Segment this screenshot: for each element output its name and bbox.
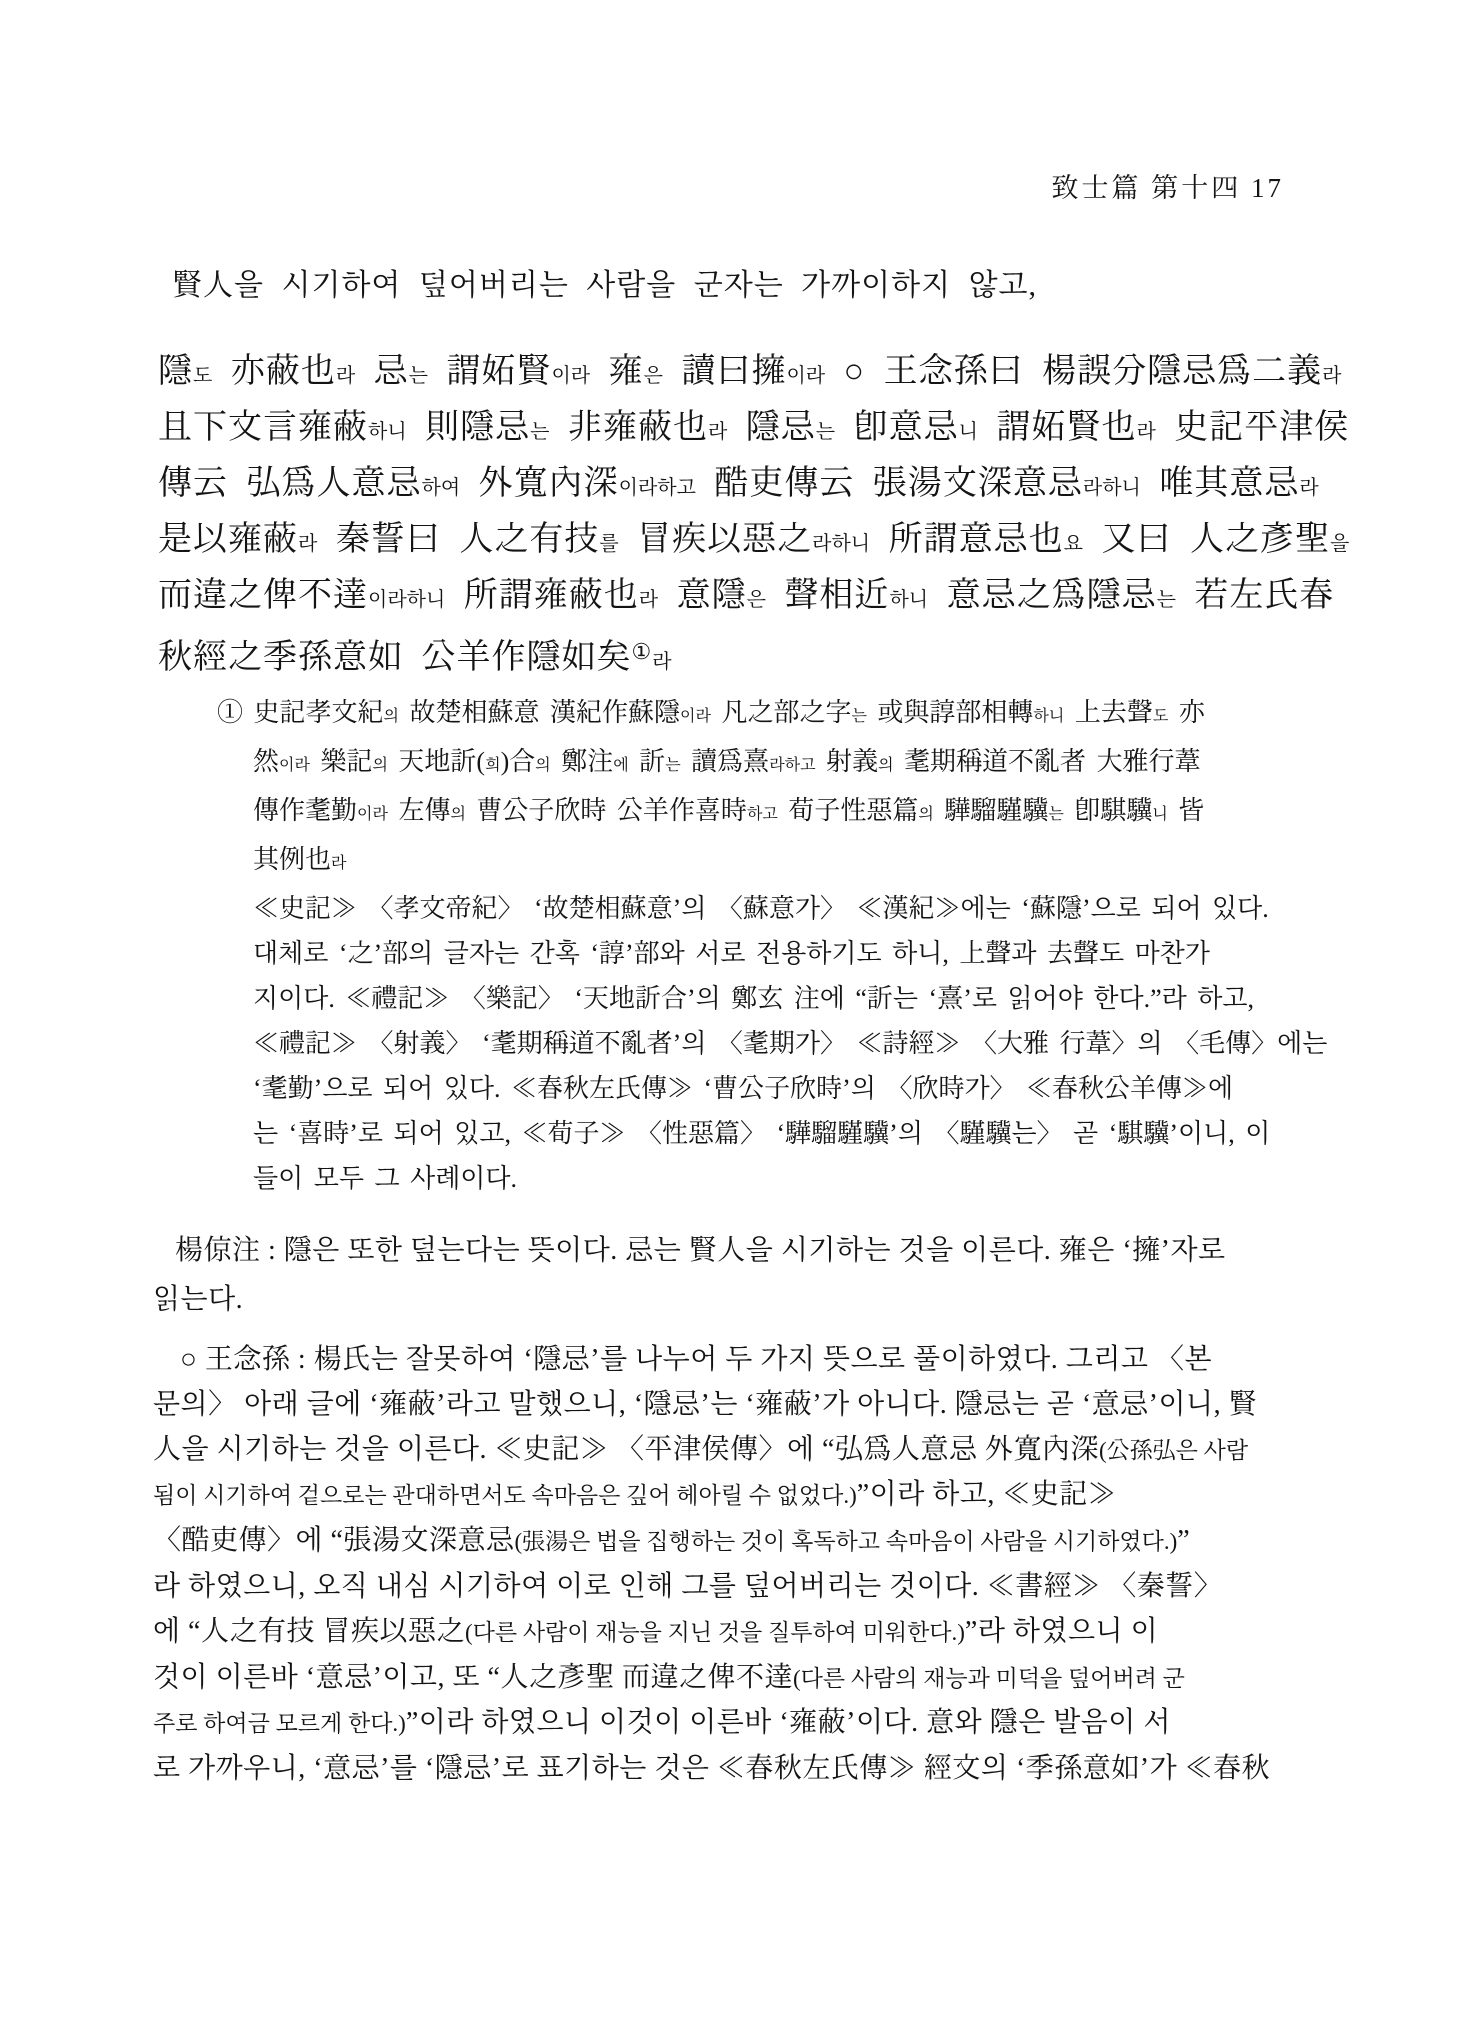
book-page: 致士篇 第十四 17 賢人을 시기하여 덮어버리는 사람을 군자는 가까이하지 … [0,0,1480,2024]
text-line: 是以雍蔽라 秦誓曰 人之有技를 冒疾以惡之라하니 所謂意忌也요 又曰 人之彥聖을 [158,514,1338,570]
text-line: 지이다. ≪禮記≫ 〈樂記〉 ‘天地訢合’의 鄭玄 注에 “訢는 ‘熹’로 읽어… [253,976,1343,1021]
footnote-block: ① 史記孝文紀의 故楚相蘇意 漢紀作蘇隱이라 凡之部之字는 或與諄部相轉하니 上… [253,690,1343,1201]
text-line: 傳云 弘爲人意忌하여 外寬內深이라하고 酷吏傳云 張湯文深意忌라하니 唯其意忌라 [158,458,1338,514]
text-line: ‘耄勤’으로 되어 있다. ≪春秋左氏傳≫ ‘曹公子欣時’의 〈欣時가〉 ≪春秋… [253,1066,1343,1111]
text-line: 人을 시기하는 것을 이른다. ≪史記≫ 〈平津侯傳〉에 “弘爲人意忌 外寬內深… [153,1428,1358,1474]
text-line: 읽는다. [153,1275,1353,1324]
text-line: 而違之俾不達이라하니 所謂雍蔽也라 意隱은 聲相近하니 意忌之爲隱忌는 若左氏春 [158,570,1338,626]
text-line: 然이라 樂記의 天地訢(희)合의 鄭注에 訢는 讀爲熹라하고 射義의 耄期稱道不… [253,739,1343,788]
text-line: 楊倞注 : 隱은 또한 덮는다는 뜻이다. 忌는 賢人을 시기하는 것을 이른다… [153,1226,1353,1275]
text-line: 秋經之季孫意如 公羊作隱如矣①라 [158,626,1338,688]
text-line: 傳作耄勤이라 左傳의 曹公子欣時 公羊作喜時하고 荀子性惡篇의 驊騮騹驥는 卽騏… [253,788,1343,837]
text-line: 其例也라 [253,837,1343,886]
text-line: 로 가까우니, ‘意忌’를 ‘隱忌’로 표기하는 것은 ≪春秋左氏傳≫ 經文의 … [153,1747,1358,1792]
footnote-korean-translation: ≪史記≫ 〈孝文帝紀〉 ‘故楚相蘇意’의 〈蘇意가〉 ≪漢紀≫에는 ‘蘇隱’으로… [253,886,1343,1201]
text-line: 대체로 ‘之’部의 글자는 간혹 ‘諄’部와 서로 전용하기도 하니, 上聲과 … [253,931,1343,976]
text-line: 것이 이른바 ‘意忌’이고, 또 “人之彥聖 而違之俾不達(다른 사람의 재능과… [153,1656,1358,1702]
text-line: ≪禮記≫ 〈射義〉 ‘耄期稱道不亂者’의 〈耄期가〉 ≪詩經≫ 〈大雅 行葦〉의… [253,1021,1343,1066]
footnote-ref-marker: ① [632,639,653,664]
intro-translation-line: 賢人을 시기하여 덮어버리는 사람을 군자는 가까이하지 않고, [153,260,1353,304]
text-line: 는 ‘喜時’로 되어 있고, ≪荀子≫ 〈性惡篇〉 ‘驊騮騹驥’의 〈騹驥는〉 … [253,1111,1343,1156]
footnote-hanja-text: ① 史記孝文紀의 故楚相蘇意 漢紀作蘇隱이라 凡之部之字는 或與諄部相轉하니 上… [253,690,1343,886]
wang-niansun-commentary: ○ 王念孫 : 楊氏는 잘못하여 ‘隱忌’를 나누어 두 가지 뜻으로 풀이하였… [153,1338,1358,1792]
original-text-block: 隱도 亦蔽也라 忌는 謂妬賢이라 雍은 讀曰擁이라 ○ 王念孫曰 楊誤分隱忌爲二… [158,346,1338,688]
text-line: 문의〉 아래 글에 ‘雍蔽’라고 말했으니, ‘隱忌’는 ‘雍蔽’가 아니다. … [153,1383,1358,1428]
text-line: ① 史記孝文紀의 故楚相蘇意 漢紀作蘇隱이라 凡之部之字는 或與諄部相轉하니 上… [253,690,1343,739]
text-line: ○ 王念孫 : 楊氏는 잘못하여 ‘隱忌’를 나누어 두 가지 뜻으로 풀이하였… [153,1338,1358,1383]
text-line: 〈酷吏傳〉에 “張湯文深意忌(張湯은 법을 집행하는 것이 혹독하고 속마음이 … [153,1519,1358,1565]
text-line: 且下文言雍蔽하니 則隱忌는 非雍蔽也라 隱忌는 卽意忌니 謂妬賢也라 史記平津侯 [158,402,1338,458]
text-line: 에 “人之有技 冒疾以惡之(다른 사람이 재능을 지닌 것을 질투하여 미워한다… [153,1610,1358,1656]
yang-jing-commentary: 楊倞注 : 隱은 또한 덮는다는 뜻이다. 忌는 賢人을 시기하는 것을 이른다… [153,1226,1353,1324]
text-line: 라 하였으니, 오직 내심 시기하여 이로 인해 그를 덮어버리는 것이다. ≪… [153,1565,1358,1610]
text-line: ≪史記≫ 〈孝文帝紀〉 ‘故楚相蘇意’의 〈蘇意가〉 ≪漢紀≫에는 ‘蘇隱’으로… [253,886,1343,931]
text-line: 隱도 亦蔽也라 忌는 謂妬賢이라 雍은 讀曰擁이라 ○ 王念孫曰 楊誤分隱忌爲二… [158,346,1338,402]
text-line: 들이 모두 그 사례이다. [253,1156,1343,1201]
running-head: 致士篇 第十四 17 [0,166,1284,205]
text-line: 주로 하여금 모르게 한다.)”이라 하였으니 이것이 이른바 ‘雍蔽’이다. … [153,1701,1358,1747]
text-line: 됨이 시기하여 겉으로는 관대하면서도 속마음은 깊어 헤아릴 수 없었다.)”… [153,1473,1358,1519]
